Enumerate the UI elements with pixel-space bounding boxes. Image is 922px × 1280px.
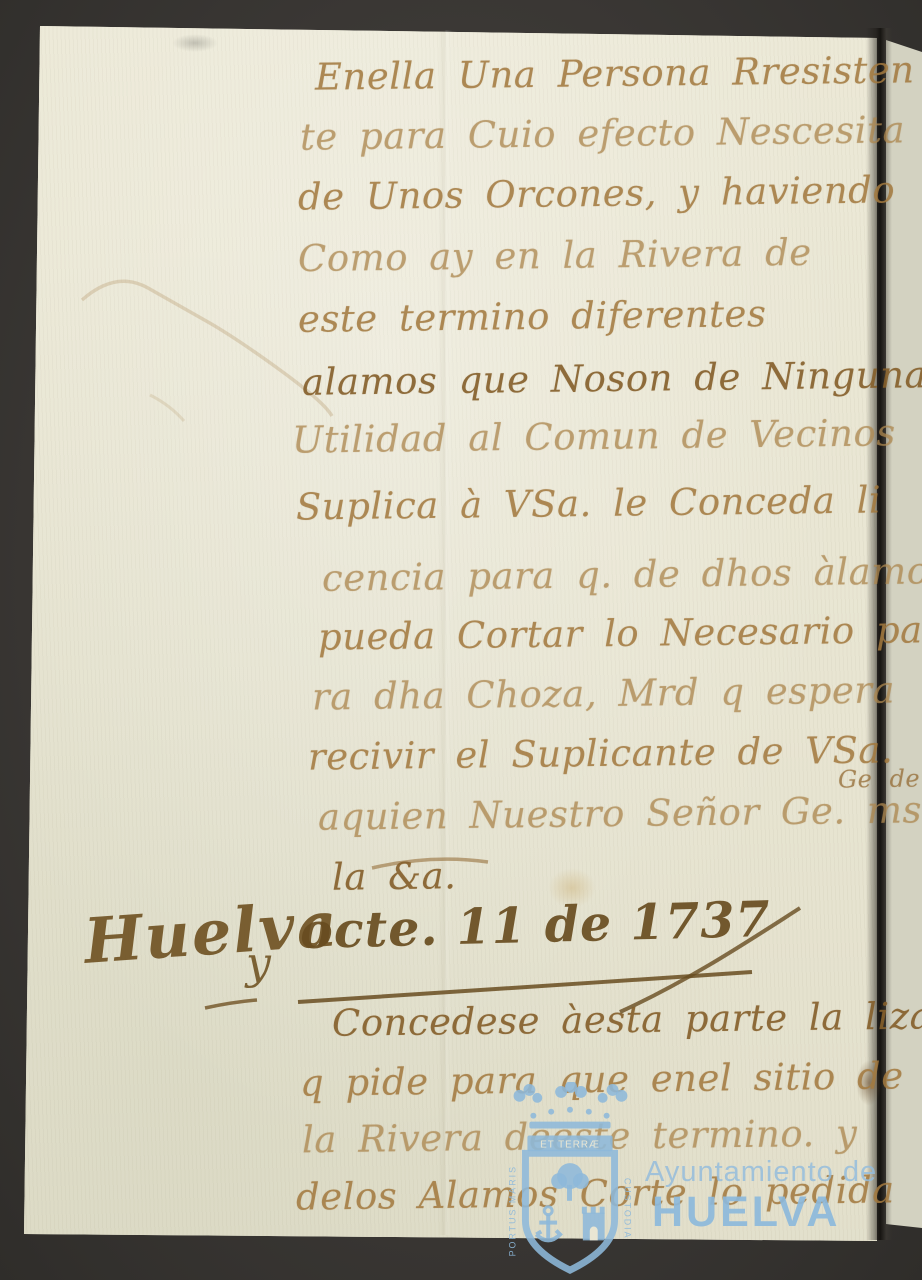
binding-fold-shadow (866, 28, 892, 1240)
paper-crease (438, 30, 452, 1235)
archival-photo: Enella Una Persona Rresisten te para Cui… (0, 0, 922, 1280)
manuscript-page (0, 0, 922, 1280)
